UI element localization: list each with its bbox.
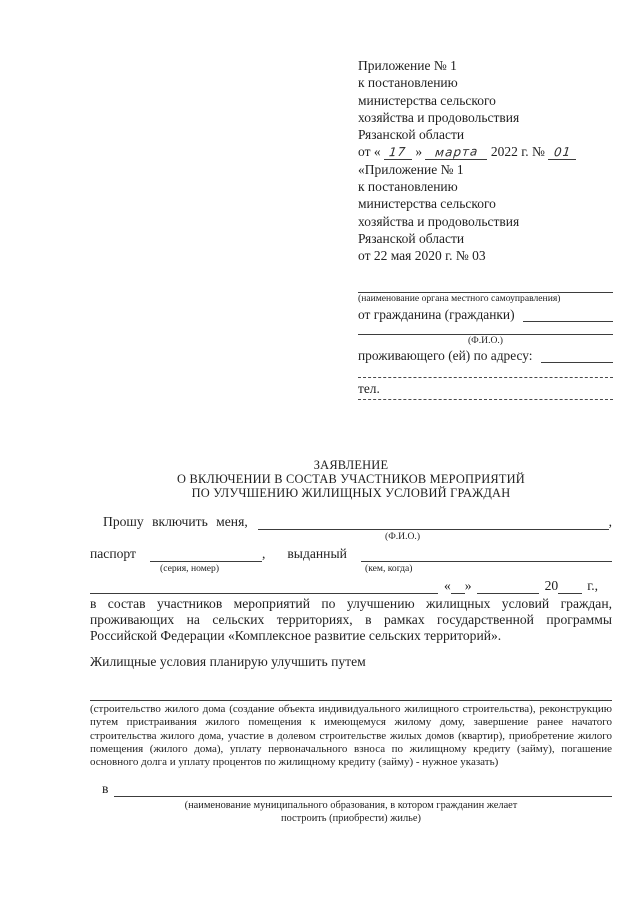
year-blank: [558, 578, 582, 594]
date-suffix: 2022 г. №: [491, 144, 545, 159]
methods-blank-line: [90, 700, 612, 701]
fio-blank: [258, 514, 609, 530]
header-line: министерства сельского: [358, 92, 620, 109]
request-intro: Прошу включить меня,: [103, 514, 248, 530]
handwritten-day-field: 17: [384, 145, 412, 160]
handwritten-number: 01: [551, 146, 574, 160]
application-title: ЗАЯВЛЕНИЕ О ВКЛЮЧЕНИИ В СОСТАВ УЧАСТНИКО…: [90, 459, 612, 500]
improve-method-line: Жилищные условия планирую улучшить путем: [90, 654, 612, 670]
issued-continuation-blank: [90, 578, 438, 594]
title-line-3: ПО УЛУЧШЕНИЮ ЖИЛИЩНЫХ УСЛОВИЙ ГРАЖДАН: [90, 487, 612, 501]
header-line: Приложение № 1: [358, 57, 620, 74]
fio-caption: (Ф.И.О.): [385, 531, 420, 543]
year-suffix: г.,: [587, 578, 598, 594]
address-blank: [541, 348, 613, 363]
org-caption: (наименование органа местного самоуправл…: [358, 293, 613, 305]
header-line: Рязанской области: [358, 230, 620, 247]
handwritten-month-field: марта: [425, 145, 487, 160]
handwritten-day: 17: [387, 146, 410, 160]
header-date-line: от « 17 » марта 2022 г. № 01: [358, 143, 620, 160]
header-line: хозяйства и продовольствия: [358, 109, 620, 126]
municipality-caption-line-1: (наименование муниципального образования…: [90, 800, 612, 813]
title-line-2: О ВКЛЮЧЕНИИ В СОСТАВ УЧАСТНИКОВ МЕРОПРИЯ…: [90, 473, 612, 487]
passport-series-blank: [150, 546, 262, 562]
from-citizen-label: от гражданина (гражданки): [358, 307, 515, 322]
handwritten-month: марта: [432, 146, 481, 160]
date-open-quote: «: [444, 578, 451, 594]
title-line-1: ЗАЯВЛЕНИЕ: [90, 459, 612, 473]
header-line: «Приложение № 1: [358, 161, 620, 178]
methods-note: (строительство жилого дома (создание объ…: [90, 703, 612, 769]
addressee-block: (наименование органа местного самоуправл…: [358, 292, 613, 400]
issued-label: выданный: [287, 546, 346, 562]
municipality-blank: [114, 781, 612, 797]
phone-line: [358, 399, 613, 400]
quote-close: »: [415, 144, 422, 159]
citizen-name-blank: [523, 307, 613, 322]
header-line: хозяйства и продовольствия: [358, 213, 620, 230]
document-page: Приложение № 1 к постановлению министерс…: [0, 0, 640, 905]
handwritten-number-field: 01: [548, 145, 576, 160]
phone-label: тел.: [358, 381, 380, 396]
municipality-caption: (наименование муниципального образования…: [90, 800, 612, 825]
day-blank: [451, 578, 465, 594]
issuer-caption: (кем, когда): [365, 563, 413, 575]
address-label: проживающего (ей) по адресу:: [358, 348, 533, 363]
appendix-header: Приложение № 1 к постановлению министерс…: [358, 57, 620, 265]
application-body: Прошу включить меня, , (Ф.И.О.) паспорт …: [90, 514, 612, 825]
request-row: Прошу включить меня, ,: [90, 514, 612, 530]
passport-label: паспорт: [90, 546, 136, 562]
year-prefix: 20: [545, 578, 559, 594]
fio-caption: (Ф.И.О.): [358, 335, 613, 347]
header-line: Рязанской области: [358, 126, 620, 143]
date-prefix: от «: [358, 144, 381, 159]
comma: ,: [262, 546, 265, 562]
municipality-row: в: [90, 781, 612, 797]
municipality-caption-line-2: построить (приобрести) жилье): [90, 813, 612, 826]
series-caption: (серия, номер): [160, 563, 219, 575]
header-line: к постановлению: [358, 178, 620, 195]
date-close-quote: »: [465, 578, 472, 594]
program-paragraph: в состав участников мероприятий по улучш…: [90, 596, 612, 644]
month-blank: [477, 578, 539, 594]
header-line: министерства сельского: [358, 195, 620, 212]
municipality-in-label: в: [102, 781, 108, 797]
passport-row: паспорт , выданный: [90, 546, 612, 562]
address-line: [358, 377, 613, 378]
header-line: к постановлению: [358, 74, 620, 91]
trailing-comma: ,: [609, 514, 612, 530]
fio-caption-row: (Ф.И.О.): [90, 530, 612, 543]
issued-by-blank: [361, 546, 612, 562]
issue-date-row: « » 20 г.,: [90, 578, 612, 594]
header-line: от 22 мая 2020 г. № 03: [358, 247, 620, 264]
passport-captions-row: (серия, номер) (кем, когда): [90, 562, 612, 575]
